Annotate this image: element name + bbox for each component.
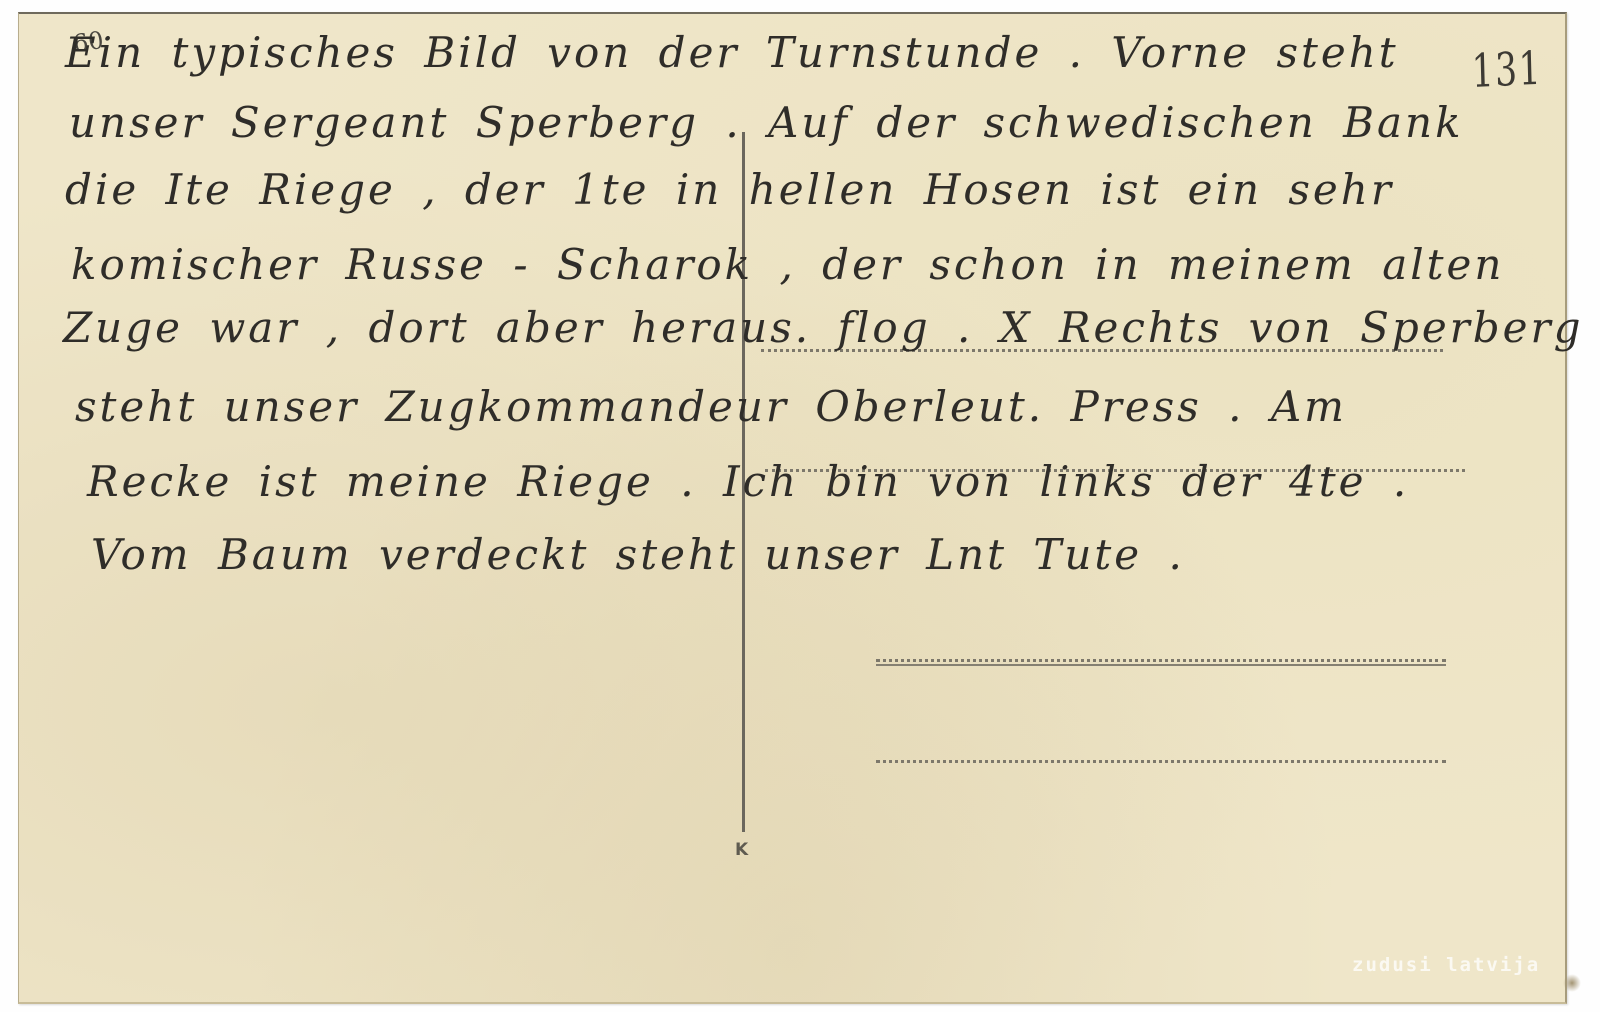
message-line-2: unser Sergeant Sperberg . Auf der schwed… [69,102,1464,144]
scan-page: K 60 131 Ein typisches Bild von der Turn… [0,0,1600,1012]
printer-mark: K [735,840,748,860]
address-line-3 [876,659,1446,662]
message-line-5: Zuge war , dort aber heraus. flog . X Re… [63,307,1583,349]
message-line-1: Ein typisches Bild von der Turnstunde . … [65,32,1399,74]
message-line-6: steht unser Zugkommandeur Oberleut. Pres… [75,386,1347,428]
archive-watermark: zudusi latvija [1352,954,1540,976]
message-line-3: die Ite Riege , der 1te in hellen Hosen … [65,169,1394,211]
message-line-7: Recke ist meine Riege . Ich bin von link… [87,461,1409,503]
catalog-number: 131 [1471,41,1543,98]
message-line-8: Vom Baum verdeckt steht unser Lnt Tute . [91,534,1185,576]
postcard-back: K 60 131 Ein typisches Bild von der Turn… [18,12,1567,1004]
corner-wear [1563,974,1581,992]
address-line-4 [876,760,1446,763]
message-line-4: komischer Russe - Scharok , der schon in… [71,244,1504,286]
